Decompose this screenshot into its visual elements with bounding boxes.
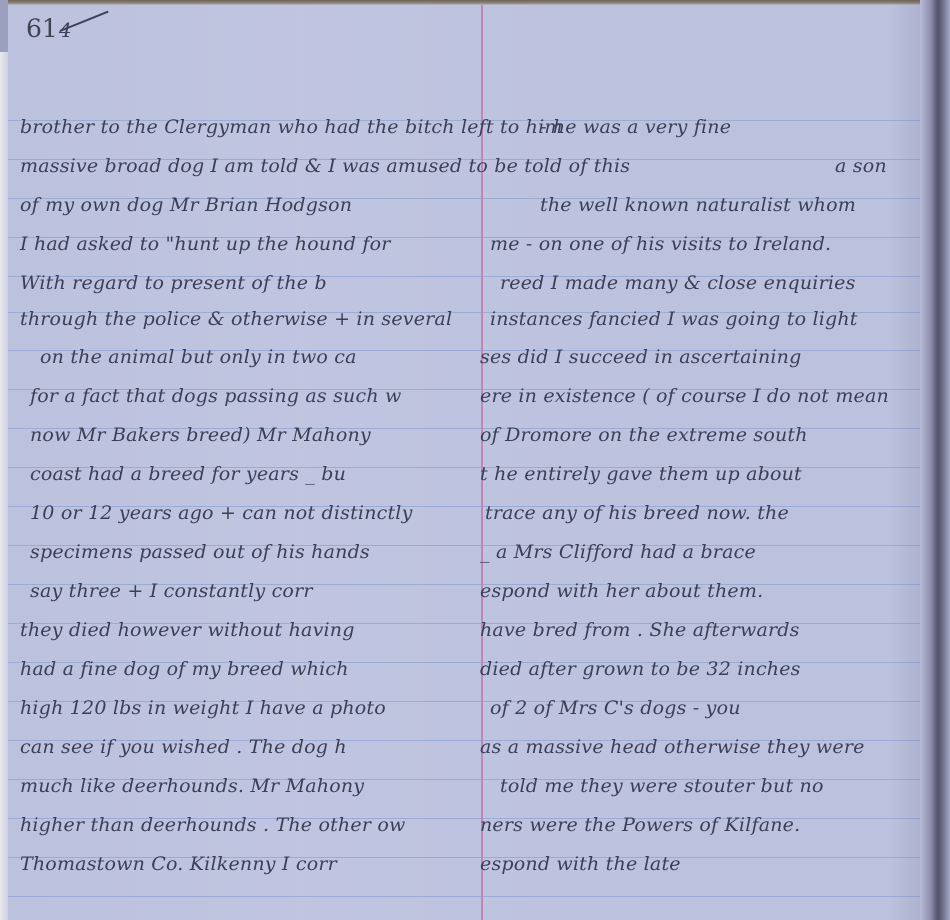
line-right-text: - he was a very fine: [540, 112, 731, 142]
line-right-text: have bred from . She afterwards: [480, 615, 800, 645]
page-top-edge: [0, 0, 950, 5]
line-left-text: through the police & otherwise + in seve…: [20, 304, 452, 334]
line-left-text: Thomastown Co. Kilkenny I corr: [20, 849, 337, 879]
handwritten-line: say three + I constantly corr espond wit…: [20, 576, 920, 606]
rule-line: [8, 896, 920, 897]
line-left-text: now Mr Bakers breed) Mr Mahony: [30, 420, 371, 450]
line-left-text: brother to the Clergyman who had the bit…: [20, 112, 563, 142]
handwritten-line: through the police & otherwise + in seve…: [20, 304, 920, 334]
binding-shadow: [890, 0, 920, 920]
handwritten-line: of my own dog Mr Brian Hodgson the well …: [20, 190, 920, 220]
handwritten-line: Thomastown Co. Kilkenny I corr espond wi…: [20, 849, 920, 879]
line-right-text: espond with her about them.: [480, 576, 763, 606]
line-left-text: massive broad dog I am told & I was amus…: [20, 151, 630, 181]
line-right-text: _ a Mrs Clifford had a brace: [480, 537, 756, 567]
line-left-text: for a fact that dogs passing as such w: [30, 381, 401, 411]
notebook-binding: [920, 0, 950, 920]
line-left-text: higher than deerhounds . The other ow: [20, 810, 405, 840]
line-right-text: ners were the Powers of Kilfane.: [480, 810, 800, 840]
notebook-page: 614 brother to the Clergyman who had the…: [0, 0, 950, 920]
line-right-text: of Dromore on the extreme south: [480, 420, 808, 450]
line-right-text: trace any of his breed now. the: [485, 498, 789, 528]
line-left-text: they died however without having: [20, 615, 355, 645]
line-left-text: of my own dog Mr Brian Hodgson: [20, 190, 352, 220]
line-right-text: told me they were stouter but no: [500, 771, 824, 801]
handwritten-line: on the animal but only in two ca ses did…: [20, 342, 920, 372]
handwritten-line: can see if you wished . The dog h as a m…: [20, 732, 920, 762]
handwritten-line: for a fact that dogs passing as such w e…: [20, 381, 920, 411]
line-left-text: had a fine dog of my breed which: [20, 654, 349, 684]
line-right-text: reed I made many & close enquiries: [500, 268, 856, 298]
line-right-text: ses did I succeed in ascertaining: [480, 342, 801, 372]
handwritten-line: brother to the Clergyman who had the bit…: [20, 112, 920, 142]
line-right-text: me - on one of his visits to Ireland.: [490, 229, 831, 259]
line-left-text: 10 or 12 years ago + can not distinctly: [30, 498, 413, 528]
handwritten-line: specimens passed out of his hands _ a Mr…: [20, 537, 920, 567]
handwritten-line: high 120 lbs in weight I have a photo of…: [20, 693, 920, 723]
page-left-edge: [0, 0, 8, 920]
page-corner-tab: [0, 0, 8, 52]
line-right-text: espond with the late: [480, 849, 681, 879]
line-left-text: high 120 lbs in weight I have a photo: [20, 693, 386, 723]
line-right-text: as a massive head otherwise they were: [480, 732, 865, 762]
handwritten-line: coast had a breed for years _ bu t he en…: [20, 459, 920, 489]
handwritten-line: had a fine dog of my breed which died af…: [20, 654, 920, 684]
line-left-text: can see if you wished . The dog h: [20, 732, 347, 762]
line-right-text: t he entirely gave them up about: [480, 459, 802, 489]
line-left-text: on the animal but only in two ca: [40, 342, 357, 372]
line-right-text: a son: [835, 151, 887, 181]
line-right-text: died after grown to be 32 inches: [480, 654, 801, 684]
handwritten-line: much like deerhounds. Mr Mahony told me …: [20, 771, 920, 801]
handwritten-line: they died however without having have br…: [20, 615, 920, 645]
line-left-text: I had asked to "hunt up the hound for: [20, 229, 391, 259]
page-number-printed: 61: [26, 14, 58, 43]
line-left-text: With regard to present of the b: [20, 268, 327, 298]
line-right-text: the well known naturalist whom: [540, 190, 856, 220]
handwritten-line: 10 or 12 years ago + can not distinctly …: [20, 498, 920, 528]
line-right-text: of 2 of Mrs C's dogs - you: [490, 693, 741, 723]
handwritten-line: I had asked to "hunt up the hound for me…: [20, 229, 920, 259]
line-left-text: coast had a breed for years _ bu: [30, 459, 346, 489]
handwritten-line: With regard to present of the b reed I m…: [20, 268, 920, 298]
handwritten-line: higher than deerhounds . The other ow ne…: [20, 810, 920, 840]
line-left-text: say three + I constantly corr: [30, 576, 313, 606]
line-right-text: instances fancied I was going to light: [490, 304, 858, 334]
line-left-text: much like deerhounds. Mr Mahony: [20, 771, 364, 801]
line-right-text: ere in existence ( of course I do not me…: [480, 381, 889, 411]
handwritten-line: now Mr Bakers breed) Mr Mahony of Dromor…: [20, 420, 920, 450]
handwritten-line: massive broad dog I am told & I was amus…: [20, 151, 920, 181]
line-left-text: specimens passed out of his hands: [30, 537, 370, 567]
